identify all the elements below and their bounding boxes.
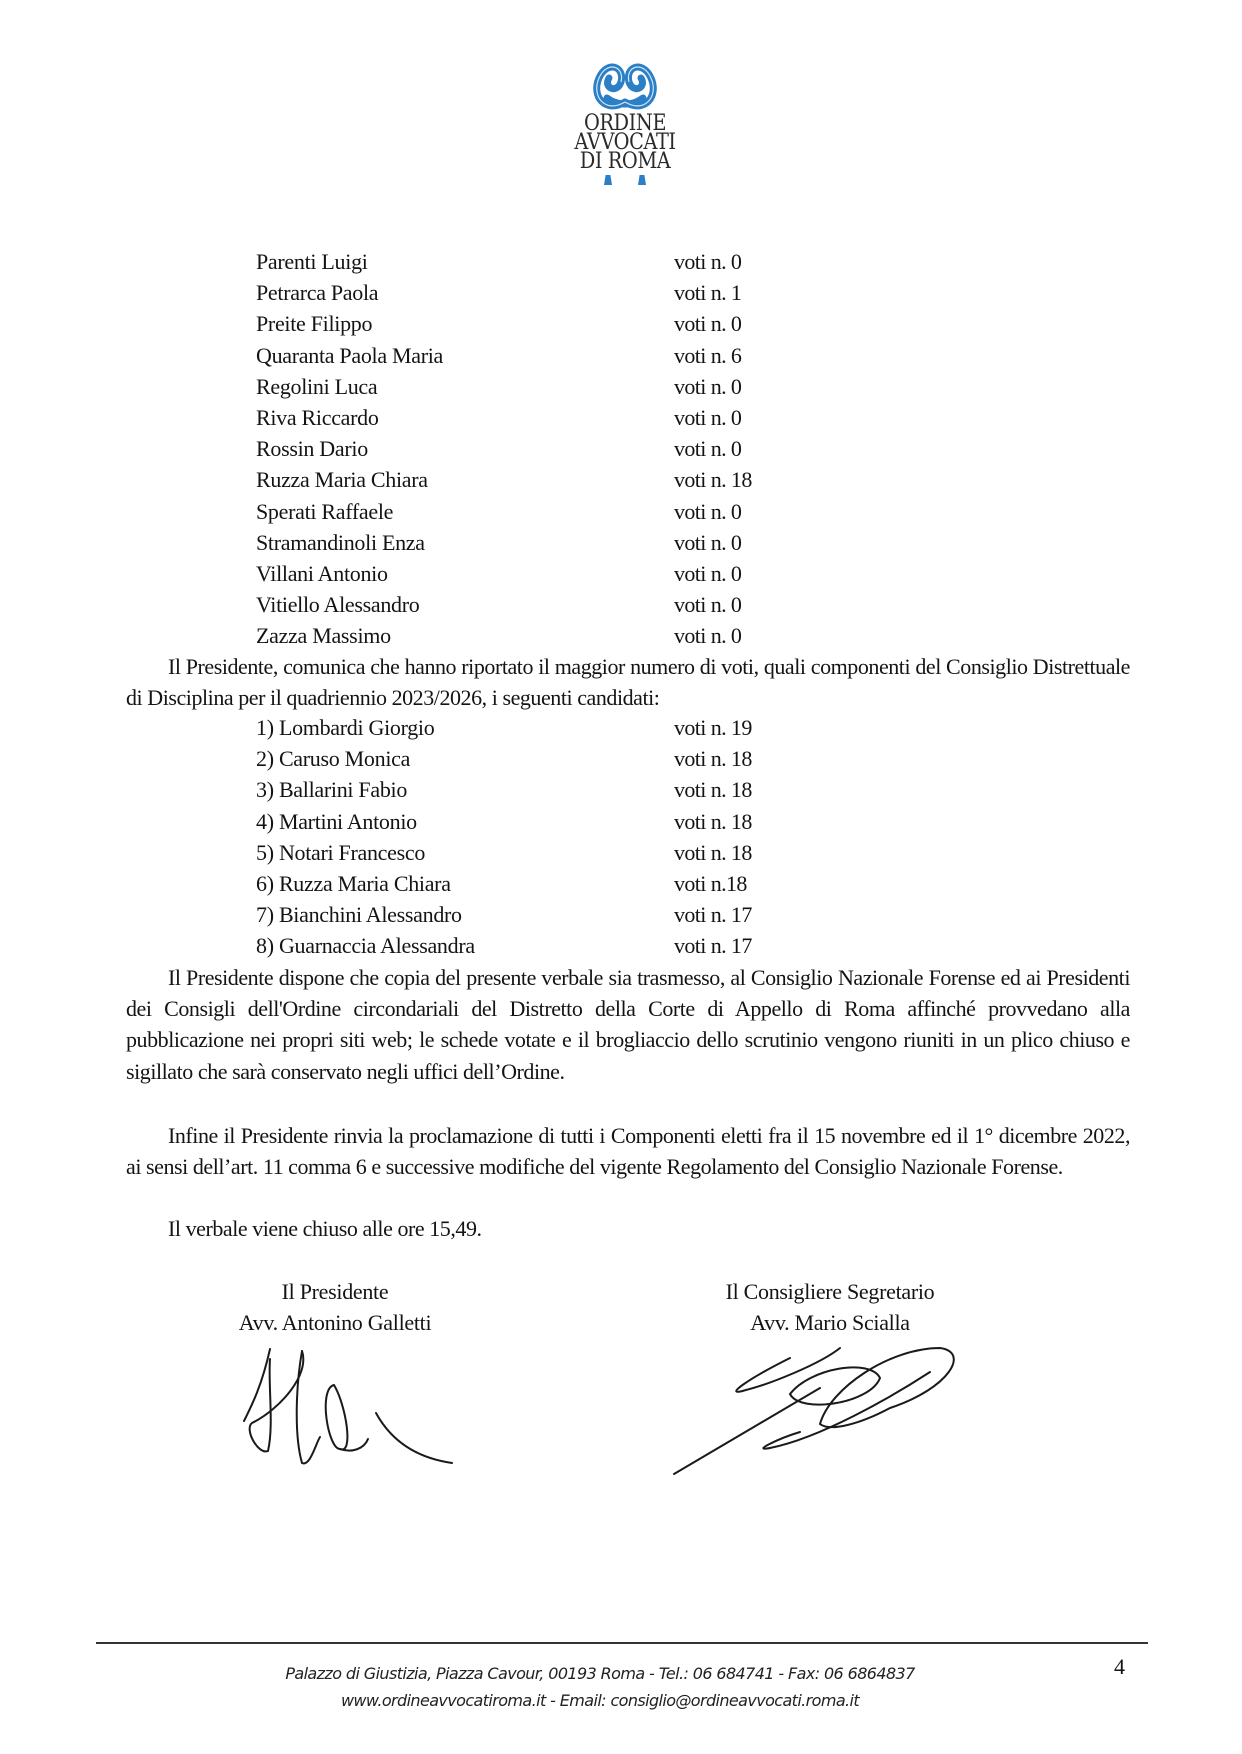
list-item: 5) Notari Francescovoti n. 18: [256, 837, 856, 868]
list-item: 3) Ballarini Fabiovoti n. 18: [256, 774, 856, 805]
candidate-votes: voti n. 0: [674, 371, 741, 402]
list-item: Parenti Luigivoti n. 0: [256, 246, 856, 277]
candidate-votes: voti n. 0: [674, 589, 741, 620]
secretary-handwritten-signature: [670, 1328, 970, 1478]
candidate-name: Guarnaccia Alessandra: [279, 933, 475, 958]
candidate-name: Lombardi Giorgio: [279, 715, 435, 740]
rank: 5): [256, 840, 274, 865]
signatory-name: Avv. Antonino Galletti: [200, 1307, 470, 1338]
candidate-votes: voti n. 18: [674, 806, 752, 837]
candidate-name: Regolini Luca: [256, 371, 377, 402]
candidate-name: Bianchini Alessandro: [279, 902, 462, 927]
candidate-name: Stramandinoli Enza: [256, 527, 425, 558]
list-item: Sperati Raffaelevoti n. 0: [256, 496, 856, 527]
candidate-votes: voti n. 18: [674, 743, 752, 774]
footer: Palazzo di Giustizia, Piazza Cavour, 001…: [160, 1660, 1040, 1714]
candidate-votes: voti n. 18: [674, 837, 752, 868]
transmission-paragraph: Il Presidente dispone che copia del pres…: [126, 962, 1130, 1087]
candidate-votes: voti n. 0: [674, 308, 741, 339]
candidate-vote-list: Parenti Luigivoti n. 0 Petrarca Paolavot…: [256, 246, 856, 651]
candidate-name: Ruzza Maria Chiara: [256, 464, 428, 495]
candidate-votes: voti n. 0: [674, 527, 741, 558]
rank: 6): [256, 871, 274, 896]
list-item: Rossin Dariovoti n. 0: [256, 433, 856, 464]
list-item: Petrarca Paolavoti n. 1: [256, 277, 856, 308]
candidate-name: Villani Antonio: [256, 558, 388, 589]
list-item: 7) Bianchini Alessandrovoti n. 17: [256, 899, 856, 930]
signatory-role: Il Presidente: [200, 1276, 470, 1307]
rank: 4): [256, 809, 274, 834]
candidate-name: Parenti Luigi: [256, 246, 368, 277]
candidate-votes: voti n. 0: [674, 558, 741, 589]
candidate-name: Sperati Raffaele: [256, 496, 393, 527]
rank: 1): [256, 715, 274, 740]
rank: 8): [256, 933, 274, 958]
rank: 3): [256, 777, 274, 802]
page-number: 4: [1114, 1654, 1125, 1680]
logo: ORDINE AVVOCATI DI ROMA: [560, 56, 690, 185]
candidate-name: Notari Francesco: [279, 840, 425, 865]
candidate-name: Martini Antonio: [279, 809, 417, 834]
candidate-name: Zazza Massimo: [256, 620, 391, 651]
candidate-votes: voti n. 0: [674, 402, 741, 433]
list-item: 6) Ruzza Maria Chiaravoti n.18: [256, 868, 856, 899]
candidate-votes: voti n. 0: [674, 433, 741, 464]
list-item: Preite Filippovoti n. 0: [256, 308, 856, 339]
list-item: Villani Antoniovoti n. 0: [256, 558, 856, 589]
list-item: Riva Riccardovoti n. 0: [256, 402, 856, 433]
candidate-votes: voti n. 0: [674, 496, 741, 527]
footer-address: Palazzo di Giustizia, Piazza Cavour, 001…: [160, 1660, 1040, 1687]
candidate-votes: voti n. 6: [674, 340, 741, 371]
candidate-votes: voti n. 18: [674, 464, 752, 495]
candidate-votes: voti n. 0: [674, 246, 741, 277]
list-item: 2) Caruso Monicavoti n. 18: [256, 743, 856, 774]
candidate-votes: voti n.18: [674, 868, 747, 899]
candidate-votes: voti n. 0: [674, 620, 741, 651]
candidate-name: Riva Riccardo: [256, 402, 379, 433]
candidate-name: Ruzza Maria Chiara: [279, 871, 451, 896]
candidate-votes: voti n. 17: [674, 899, 752, 930]
candidate-votes: voti n. 18: [674, 774, 752, 805]
candidate-name: Petrarca Paola: [256, 277, 378, 308]
candidate-votes: voti n. 1: [674, 277, 741, 308]
list-item: 4) Martini Antoniovoti n. 18: [256, 806, 856, 837]
candidate-votes: voti n. 19: [674, 712, 752, 743]
list-item: Vitiello Alessandrovoti n. 0: [256, 589, 856, 620]
list-item: Zazza Massimovoti n. 0: [256, 620, 856, 651]
candidate-name: Rossin Dario: [256, 433, 368, 464]
list-item: Quaranta Paola Mariavoti n. 6: [256, 340, 856, 371]
candidate-name: Caruso Monica: [279, 746, 410, 771]
elected-candidates-list: 1) Lombardi Giorgiovoti n. 19 2) Caruso …: [256, 712, 856, 962]
list-item: Stramandinoli Enzavoti n. 0: [256, 527, 856, 558]
closing-paragraph: Il verbale viene chiuso alle ore 15,49.: [126, 1213, 1130, 1244]
logo-feet-icon: [560, 175, 690, 185]
candidate-name: Quaranta Paola Maria: [256, 340, 443, 371]
proclamation-paragraph: Infine il Presidente rinvia la proclamaz…: [126, 1120, 1130, 1182]
list-item: 8) Guarnaccia Alessandravoti n. 17: [256, 930, 856, 961]
president-signature-block: Il Presidente Avv. Antonino Galletti: [200, 1276, 470, 1338]
knot-emblem-icon: [589, 56, 661, 114]
footer-divider: [96, 1642, 1148, 1644]
list-item: Regolini Lucavoti n. 0: [256, 371, 856, 402]
signatory-role: Il Consigliere Segretario: [680, 1276, 980, 1307]
list-item: 1) Lombardi Giorgiovoti n. 19: [256, 712, 856, 743]
candidate-votes: voti n. 17: [674, 930, 752, 961]
rank: 7): [256, 902, 274, 927]
candidate-name: Preite Filippo: [256, 308, 372, 339]
president-handwritten-signature: [240, 1345, 480, 1475]
logo-line-3: DI ROMA: [568, 152, 682, 171]
candidate-name: Vitiello Alessandro: [256, 589, 419, 620]
announcement-paragraph: Il Presidente, comunica che hanno riport…: [126, 651, 1130, 713]
rank: 2): [256, 746, 274, 771]
list-item: Ruzza Maria Chiaravoti n. 18: [256, 464, 856, 495]
candidate-name: Ballarini Fabio: [279, 777, 407, 802]
footer-contacts: www.ordineavvocatiroma.it - Email: consi…: [160, 1687, 1040, 1714]
